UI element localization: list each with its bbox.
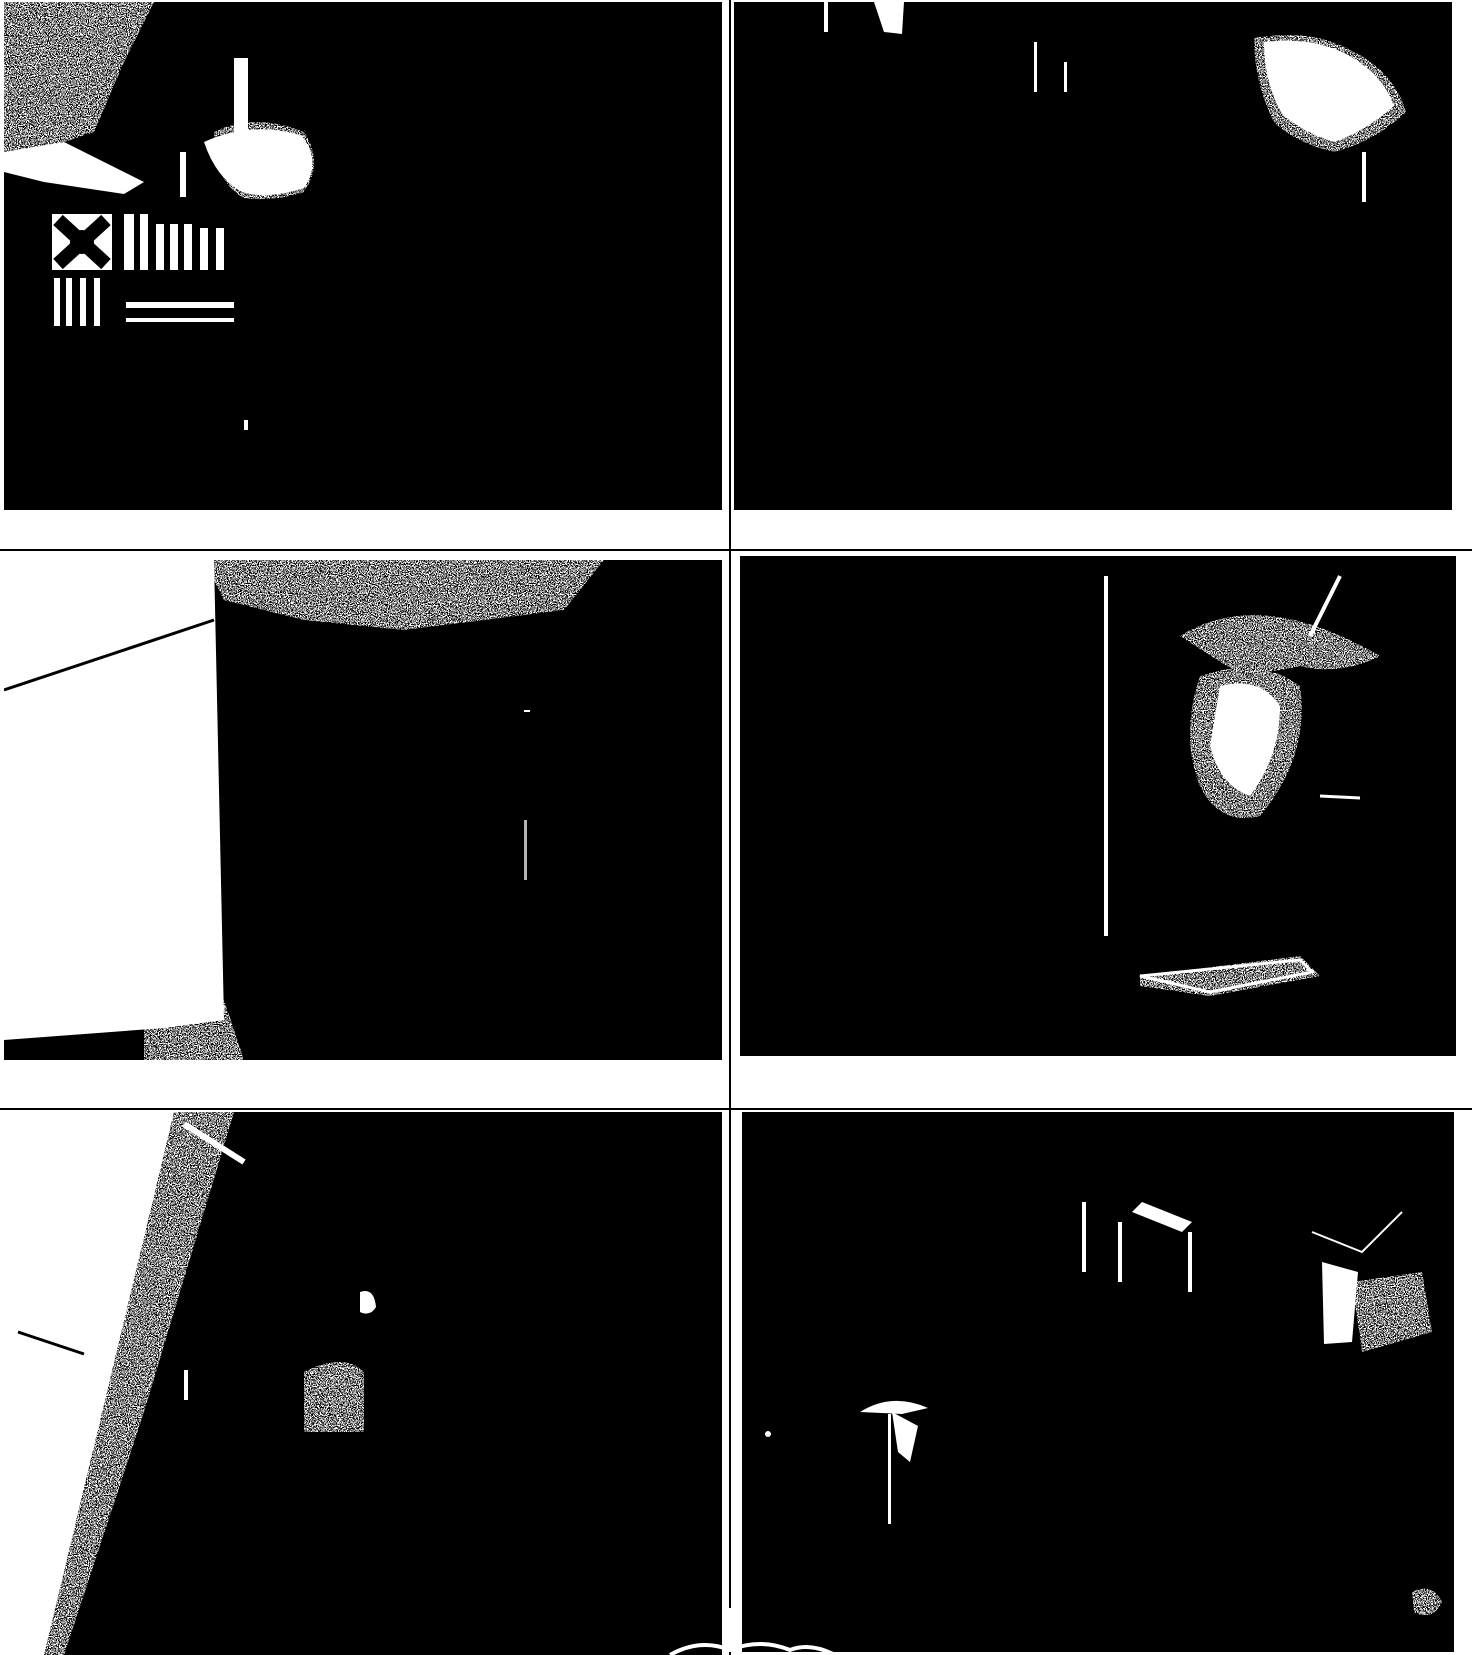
photo-panel-r2c2 (740, 556, 1456, 1056)
photo-panel-r2c1 (4, 560, 722, 1060)
photo-panel-r3c2 (742, 1112, 1454, 1652)
bright-wall-scene (4, 560, 722, 1060)
photo-panel-r1c1 (4, 2, 722, 510)
small-lamp (860, 1401, 928, 1524)
photo-plate (0, 0, 1472, 1655)
gutter-rule-1 (0, 549, 1472, 551)
lamp-shade-scene (734, 2, 1452, 510)
photo-panel-r3c1 (4, 1112, 722, 1655)
x-emblem-icon (52, 214, 112, 270)
lit-doorway-left (1082, 1202, 1192, 1292)
doorways-lamp-scene (742, 1112, 1454, 1652)
rock-edge-figure-scene (4, 1112, 722, 1655)
photo-panel-r1c2 (734, 2, 1452, 510)
gutter-rule-vertical (729, 0, 731, 1655)
lit-window-right (1312, 1212, 1432, 1352)
lamp-and-sign-scene (4, 2, 722, 510)
gutter-rule-2 (0, 1108, 1472, 1110)
lamp-room-scene (740, 556, 1456, 1056)
bottom-ornament-icon (660, 1608, 840, 1655)
